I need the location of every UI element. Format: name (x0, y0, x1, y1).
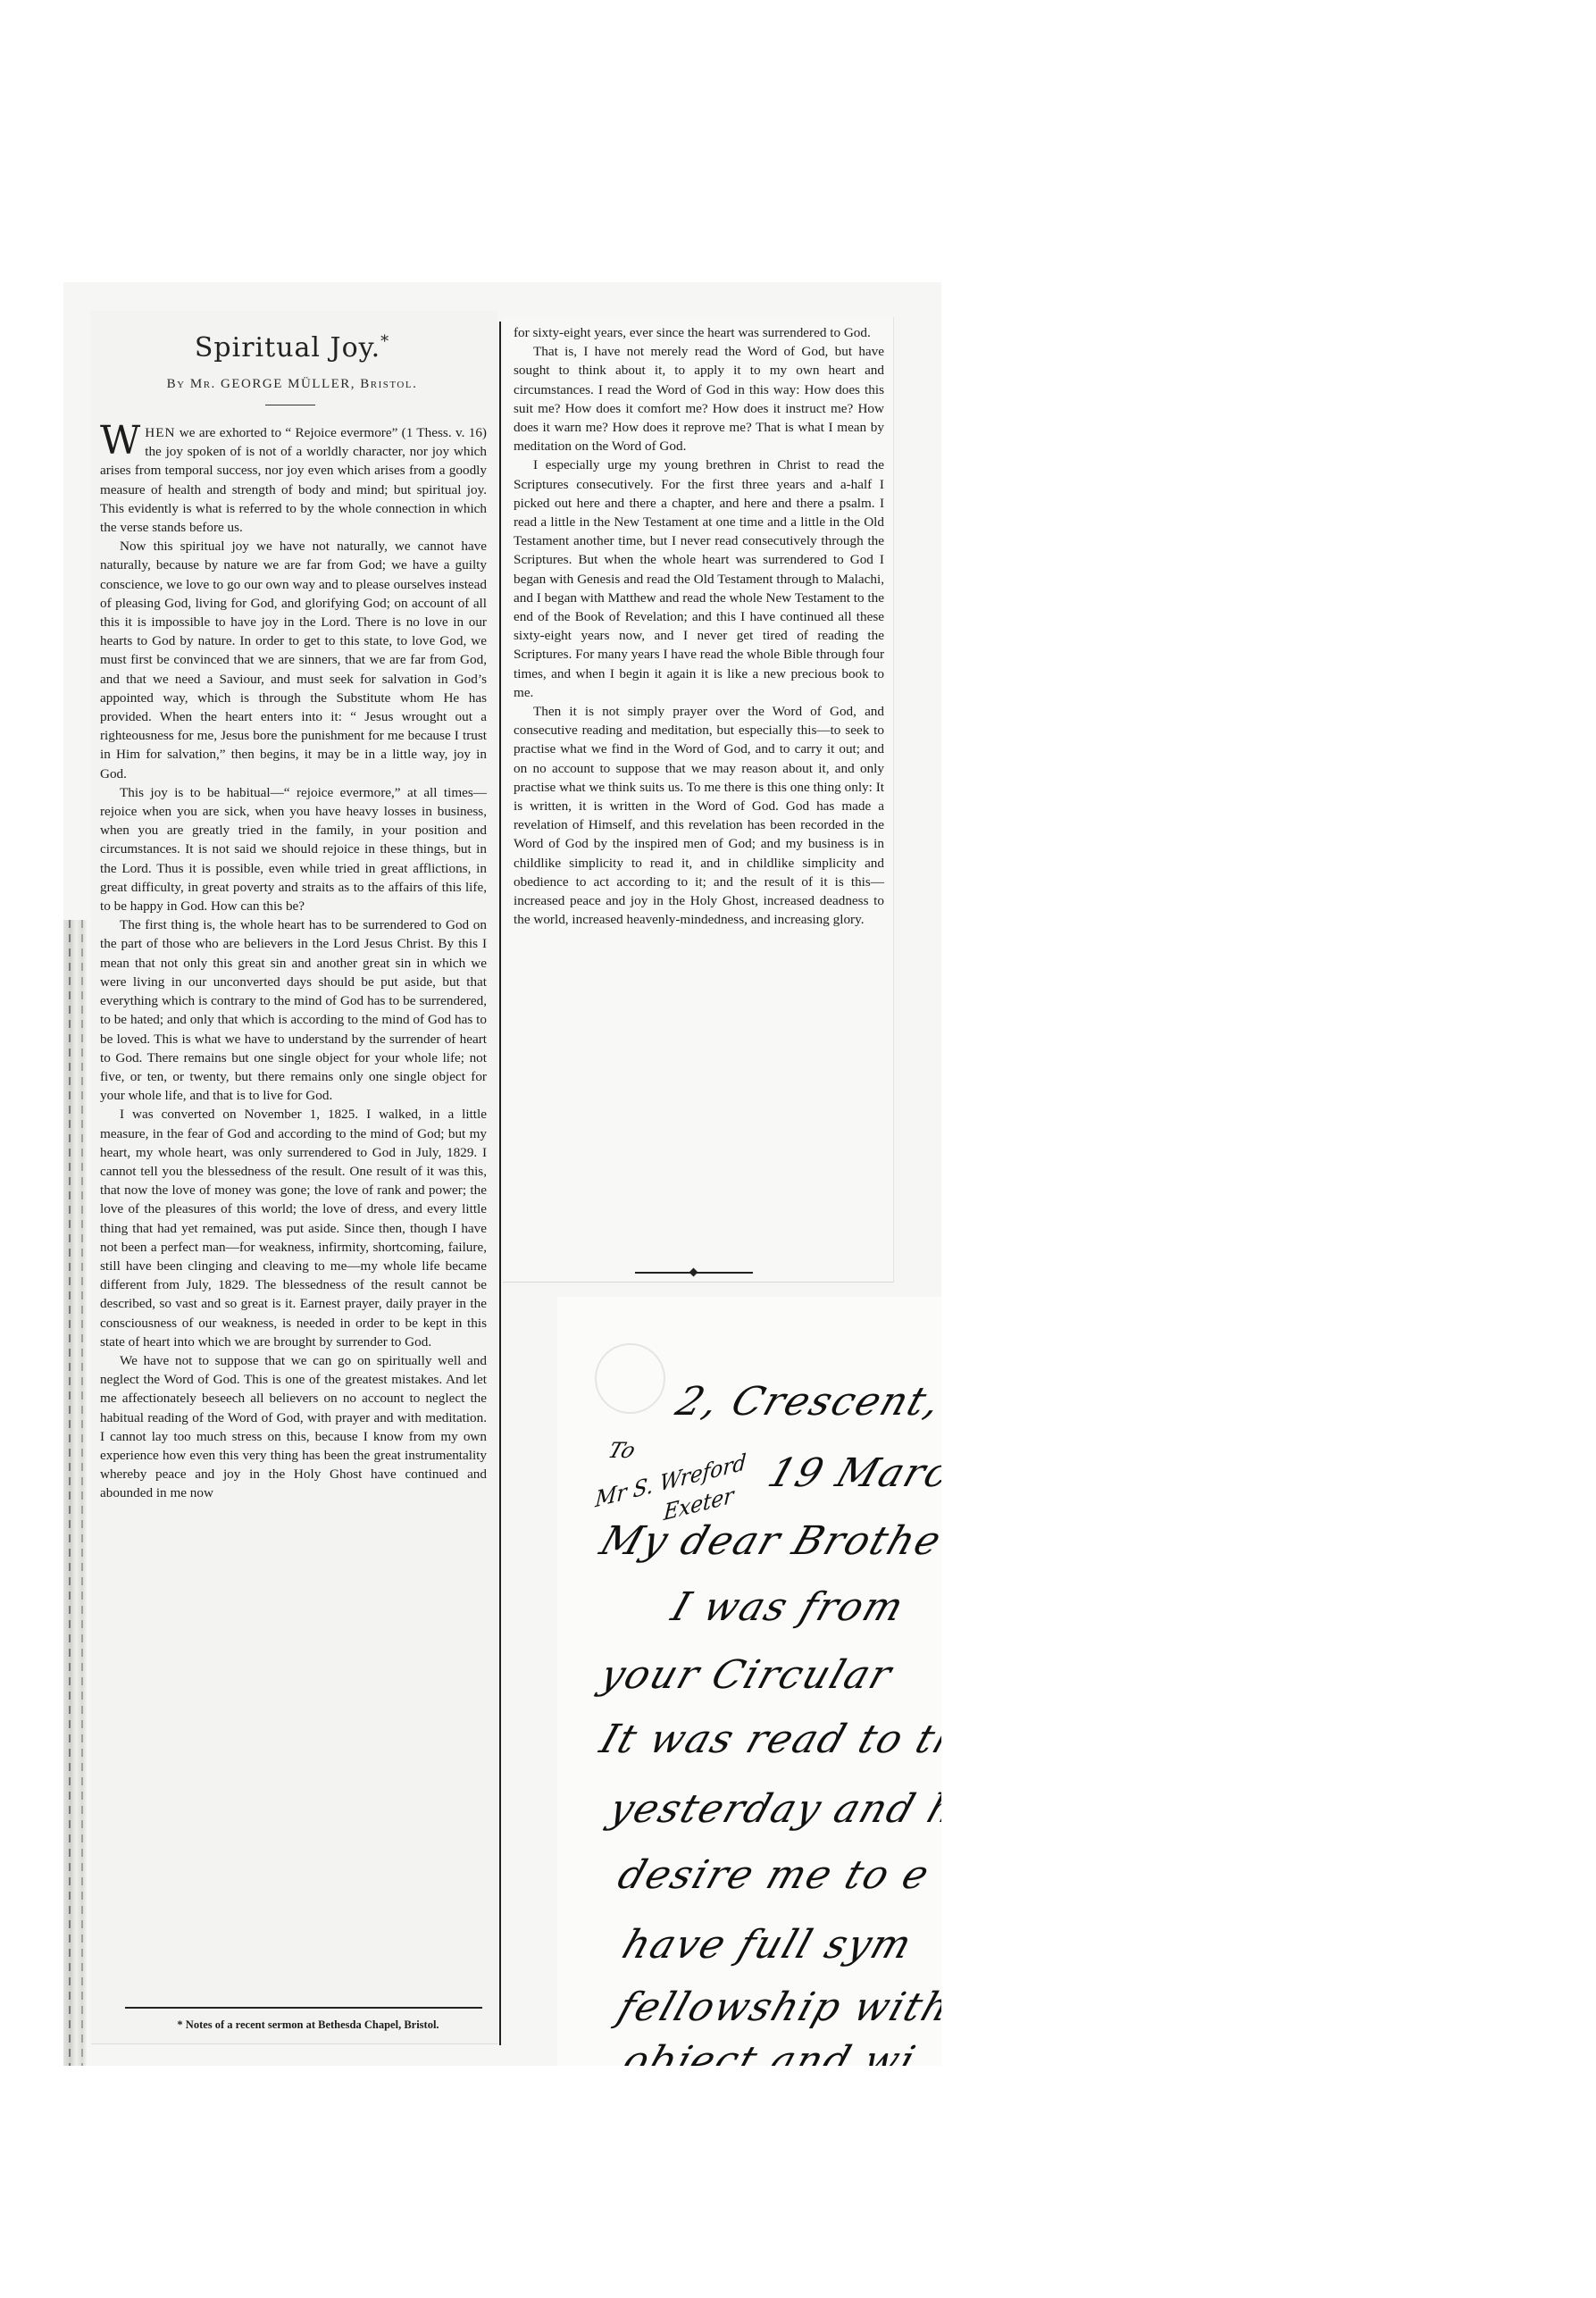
letter-line: It was read to the (595, 1717, 941, 1762)
article-byline: By Mr. GEORGE MÜLLER, Bristol. (91, 377, 493, 392)
paragraph: WHEN we are exhorted to “ Rejoice evermo… (100, 423, 487, 537)
footnote: * Notes of a recent sermon at Bethesda C… (125, 2018, 491, 2032)
letter-line: have full sym (617, 1922, 919, 1968)
paragraph: Then it is not simply prayer over the Wo… (514, 702, 884, 929)
article-column-left: WHEN we are exhorted to “ Rejoice evermo… (100, 423, 487, 1503)
paragraph: We have not to suppose that we can go on… (100, 1351, 487, 1503)
title-rule (265, 405, 315, 405)
letter-line: your Circular (595, 1652, 898, 1698)
binding-edge (63, 920, 87, 2066)
letter-line: I was from (666, 1584, 911, 1630)
paragraph: Now this spiritual joy we have not natur… (100, 537, 487, 783)
drop-cap: W (100, 425, 140, 457)
paragraph: This joy is to be habitual—“ rejoice eve… (100, 783, 487, 915)
column-divider (499, 322, 501, 2045)
letter-address: 2, Crescent, Taun (671, 1379, 941, 1425)
handwritten-letter: 2, Crescent, Taun To Mr S. Wreford Exete… (557, 1297, 941, 2066)
article-column-right: for sixty-eight years, ever since the he… (514, 323, 884, 930)
paragraph: I especially urge my young brethren in C… (514, 455, 884, 702)
footnote-marker: * (380, 332, 389, 351)
article-title-text: Spiritual Joy. (195, 332, 380, 364)
paragraph: for sixty-eight years, ever since the he… (514, 323, 884, 342)
article-title: Spiritual Joy.* (91, 332, 493, 364)
letter-line: desire me to e (613, 1852, 936, 1898)
annotation-to: To (605, 1438, 639, 1463)
paragraph: That is, I have not merely read the Word… (514, 342, 884, 455)
letter-date: 19 March (763, 1450, 941, 1496)
end-ornament (635, 1272, 753, 1274)
paragraph: I was converted on November 1, 1825. I w… (100, 1105, 487, 1351)
paragraph: The first thing is, the whole heart has … (100, 915, 487, 1105)
letter-line: object and wi (617, 2038, 923, 2066)
letter-line: yesterday and h (604, 1786, 941, 1832)
postmark-stamp (595, 1343, 665, 1414)
footnote-rule (125, 2007, 482, 2009)
letter-line: fellowship with (613, 1985, 941, 2030)
letter-salutation: My dear Brothe (595, 1518, 941, 1564)
